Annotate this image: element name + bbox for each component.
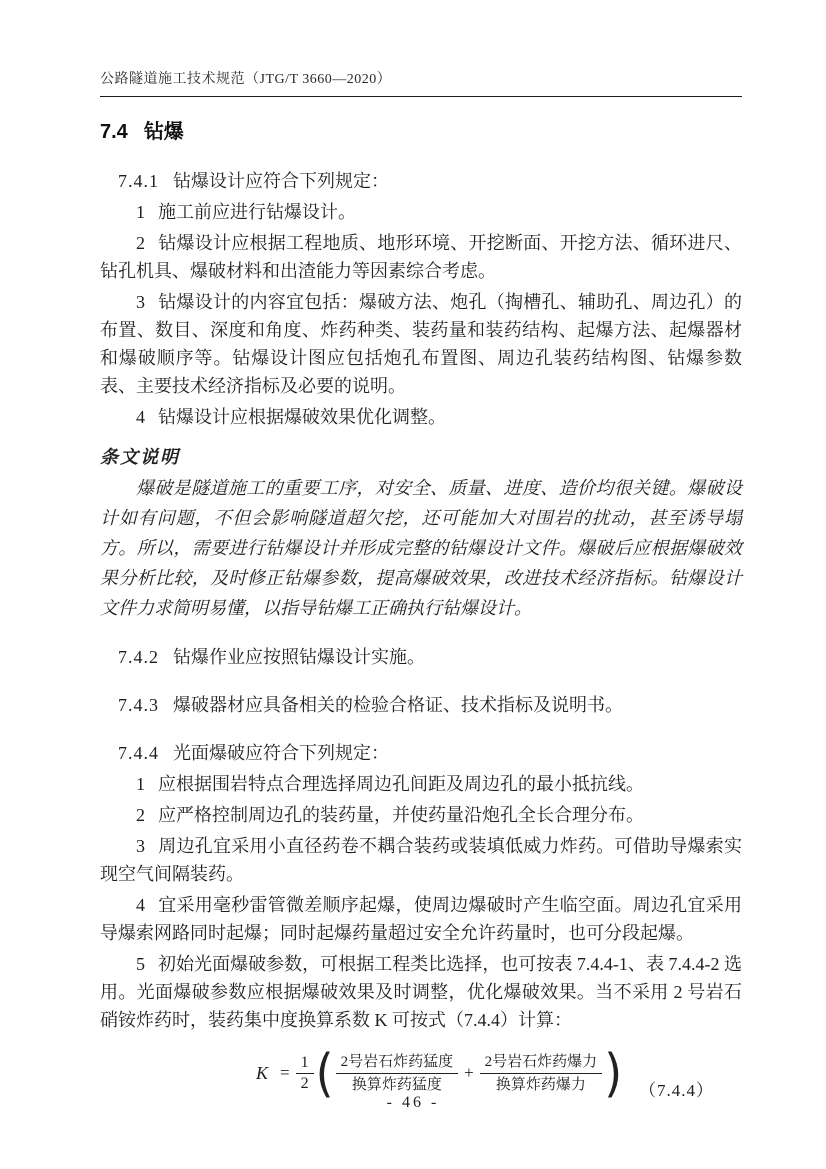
strength-numerator: 2号岩石炸药爆力 [480,1052,603,1074]
formula-lhs: K [256,1063,268,1084]
page-number: - 46 - [0,1094,826,1112]
item-number: 2 [136,233,145,253]
clause-7-4-4-text: 光面爆破应符合下列规定： [173,743,389,763]
equals-sign: = [280,1063,290,1083]
clause-7-4-1-item-4: 4钻爆设计应根据爆破效果优化调整。 [100,403,742,431]
clause-7-4-1-item-2: 2钻爆设计应根据工程地质、地形环境、开挖断面、开挖方法、循环进尺、钻孔机具、爆破… [100,229,742,285]
page-content: 公路隧道施工技术规范（JTG/T 3660—2020） 7.4钻爆 7.4.1钻… [100,70,742,1114]
plus-sign: + [464,1063,474,1083]
item-text: 宜采用毫秒雷管微差顺序起爆，使周边爆破时产生临空面。周边孔宜采用导爆索网路同时起… [100,895,742,943]
clause-7-4-1-item-3: 3钻爆设计的内容宜包括：爆破方法、炮孔（掏槽孔、辅助孔、周边孔）的布置、数目、深… [100,288,742,400]
commentary-heading: 条文说明 [100,443,742,471]
clause-7-4-4-item-2: 2应严格控制周边孔的装药量，并使药量沿炮孔全长合理分布。 [100,801,742,829]
document-page: 公路隧道施工技术规范（JTG/T 3660—2020） 7.4钻爆 7.4.1钻… [0,0,826,1169]
item-text: 钻爆设计的内容宜包括：爆破方法、炮孔（掏槽孔、辅助孔、周边孔）的布置、数目、深度… [100,292,742,396]
clause-7-4-1-number: 7.4.1 [118,171,159,191]
clause-7-4-2-heading: 7.4.2钻爆作业应按照钻爆设计实施。 [100,643,742,671]
open-parenthesis: ( [316,1047,334,1099]
clause-7-4-2-number: 7.4.2 [118,647,159,667]
running-header-text: 公路隧道施工技术规范（JTG/T 3660—2020） [100,72,391,87]
item-text: 钻爆设计应根据爆破效果优化调整。 [158,407,446,427]
formula-744: K = 1 2 ( 2号岩石炸药猛度 换算炸药猛度 + 2号岩石炸药爆力 换算炸… [256,1050,624,1096]
item-text: 应根据围岩特点合理选择周边孔间距及周边孔的最小抵抗线。 [158,774,644,794]
item-number: 5 [136,954,145,974]
section-title: 7.4钻爆 [100,119,742,145]
clause-7-4-4-heading: 7.4.4光面爆破应符合下列规定： [100,739,742,767]
clause-7-4-1-item-1: 1施工前应进行钻爆设计。 [100,198,742,226]
clause-7-4-4-item-3: 3周边孔宜采用小直径药卷不耦合装药或装填低威力炸药。可借助导爆索实现空气间隔装药… [100,832,742,888]
item-number: 1 [136,774,145,794]
brisance-ratio-fraction: 2号岩石炸药猛度 换算炸药猛度 [336,1052,459,1095]
item-text: 施工前应进行钻爆设计。 [158,202,356,222]
clause-7-4-1-heading: 7.4.1钻爆设计应符合下列规定： [100,167,742,195]
clause-7-4-4-item-5: 5初始光面爆破参数，可根据工程类比选择，也可按表 7.4.4-1、表 7.4.4… [100,950,742,1034]
running-header: 公路隧道施工技术规范（JTG/T 3660—2020） [100,70,742,90]
clause-7-4-4-number: 7.4.4 [118,743,159,763]
coefficient-fraction: 1 2 [296,1054,314,1093]
clause-7-4-3-text: 爆破器材应具备相关的检验合格证、技术指标及说明书。 [173,695,623,715]
item-number: 4 [136,407,145,427]
coefficient-denominator: 2 [296,1074,314,1093]
brisance-denominator: 换算炸药猛度 [347,1074,447,1095]
close-parenthesis: ) [604,1047,622,1099]
clause-7-4-2-text: 钻爆作业应按照钻爆设计实施。 [173,647,425,667]
strength-ratio-fraction: 2号岩石炸药爆力 换算炸药爆力 [480,1052,603,1095]
item-text: 初始光面爆破参数，可根据工程类比选择，也可按表 7.4.4-1、表 7.4.4-… [100,954,742,1030]
coefficient-numerator: 1 [296,1054,314,1074]
item-number: 1 [136,202,145,222]
item-text: 钻爆设计应根据工程地质、地形环境、开挖断面、开挖方法、循环进尺、钻孔机具、爆破材… [100,233,742,281]
clause-7-4-4-item-4: 4宜采用毫秒雷管微差顺序起爆，使周边爆破时产生临空面。周边孔宜采用导爆索网路同时… [100,891,742,947]
clause-7-4-3-heading: 7.4.3爆破器材应具备相关的检验合格证、技术指标及说明书。 [100,691,742,719]
header-rule [100,96,742,97]
item-text: 应严格控制周边孔的装药量，并使药量沿炮孔全长合理分布。 [158,805,644,825]
clause-7-4-1-text: 钻爆设计应符合下列规定： [173,171,389,191]
item-number: 4 [136,895,145,915]
item-number: 3 [136,292,145,312]
strength-denominator: 换算炸药爆力 [491,1074,591,1095]
item-number: 3 [136,836,145,856]
item-text: 周边孔宜采用小直径药卷不耦合装药或装填低威力炸药。可借助导爆索实现空气间隔装药。 [100,836,742,884]
section-number: 7.4 [100,121,128,143]
item-number: 2 [136,805,145,825]
clause-7-4-4-item-1: 1应根据围岩特点合理选择周边孔间距及周边孔的最小抵抗线。 [100,770,742,798]
clause-7-4-3-number: 7.4.3 [118,695,159,715]
brisance-numerator: 2号岩石炸药猛度 [336,1052,459,1074]
commentary-paragraph: 爆破是隧道施工的重要工序，对安全、质量、进度、造价均很关键。爆破设计如有问题，不… [100,473,742,623]
section-title-text: 钻爆 [144,121,184,143]
